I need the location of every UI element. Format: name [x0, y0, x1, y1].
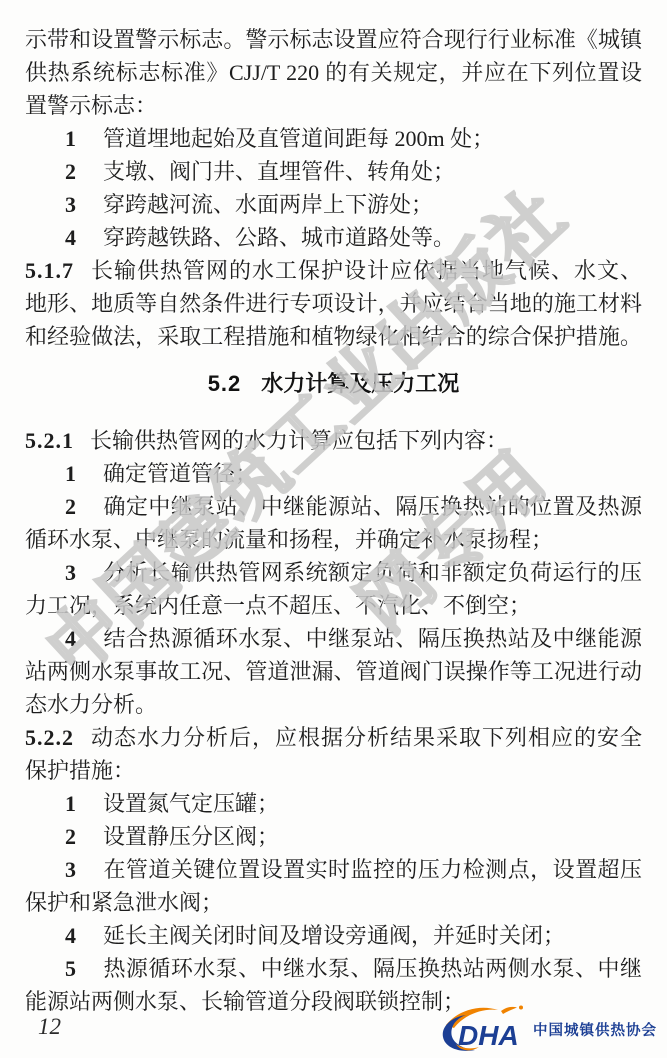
- clause-number: 5.2.1: [25, 428, 74, 453]
- dha-logo-icon: DHA: [434, 1004, 526, 1054]
- text-line: 4延长主阀关闭时间及增设旁通阀，并延时关闭；: [25, 919, 642, 952]
- text-line: 站两侧水泵事故工况、管道泄漏、管道阀门误操作等工况进行动: [25, 655, 642, 688]
- text-content: 示带和设置警示标志。警示标志设置应符合现行行业标准《城镇供热系统标志标准》CJJ…: [25, 23, 642, 1018]
- text-line: 1确定管道管径；: [25, 457, 642, 490]
- document-page: 示带和设置警示标志。警示标志设置应符合现行行业标准《城镇供热系统标志标准》CJJ…: [0, 0, 667, 1058]
- line-text: 能源站两侧水泵、长输管道分段阀联锁控制；: [25, 989, 465, 1014]
- line-text: 结合热源循环水泵、中继泵站、隔压换热站及中继能源: [103, 626, 642, 651]
- item-number: 4: [65, 622, 81, 655]
- line-text: 保护和紧急泄水阀；: [25, 890, 223, 915]
- line-text: 站两侧水泵事故工况、管道泄漏、管道阀门误操作等工况进行动: [25, 659, 642, 684]
- line-text: 穿跨越铁路、公路、城市道路处等。: [103, 225, 455, 250]
- text-line: 置警示标志：: [25, 89, 642, 122]
- line-text: 供热系统标志标准》CJJ/T 220 的有关规定，并应在下列位置设: [25, 60, 642, 85]
- text-line: 供热系统标志标准》CJJ/T 220 的有关规定，并应在下列位置设: [25, 56, 642, 89]
- line-text: 管道埋地起始及直管道间距每 200m 处；: [103, 126, 494, 151]
- clause-number: 5.2.2: [25, 725, 74, 750]
- section-number: 5.2: [208, 371, 242, 396]
- text-block-lower: 5.2.1长输供热管网的水力计算应包括下列内容：1确定管道管径；2确定中继泵站、…: [25, 424, 642, 1018]
- text-line: 地形、地质等自然条件进行专项设计，并应结合当地的施工材料: [25, 287, 642, 320]
- clause-number: 5.1.7: [25, 258, 74, 283]
- line-text: 在管道关键位置设置实时监控的压力检测点，设置超压: [103, 857, 642, 882]
- item-number: 1: [65, 122, 81, 155]
- line-text: 延长主阀关闭时间及增设旁通阀，并延时关闭；: [103, 923, 565, 948]
- text-line: 5.2.2动态水力分析后，应根据分析结果采取下列相应的安全: [25, 721, 642, 754]
- text-line: 4穿跨越铁路、公路、城市道路处等。: [25, 221, 642, 254]
- text-line: 2设置静压分区阀；: [25, 820, 642, 853]
- item-number: 5: [65, 952, 81, 985]
- line-text: 穿跨越河流、水面两岸上下游处；: [103, 192, 433, 217]
- text-line: 5热源循环水泵、中继水泵、隔压换热站两侧水泵、中继: [25, 952, 642, 985]
- text-line: 2支墩、阀门井、直埋管件、转角处；: [25, 155, 642, 188]
- line-text: 设置静压分区阀；: [103, 824, 279, 849]
- text-line: 循环水泵、中继泵的流量和扬程，并确定补水泵扬程；: [25, 523, 642, 556]
- item-number: 2: [65, 155, 81, 188]
- line-text: 示带和设置警示标志。警示标志设置应符合现行行业标准《城镇: [25, 27, 642, 52]
- text-line: 示带和设置警示标志。警示标志设置应符合现行行业标准《城镇: [25, 23, 642, 56]
- line-text: 热源循环水泵、中继水泵、隔压换热站两侧水泵、中继: [103, 956, 642, 981]
- item-number: 1: [65, 787, 81, 820]
- text-line: 力工况，系统内任意一点不超压、不汽化、不倒空；: [25, 589, 642, 622]
- text-line: 态水力分析。: [25, 688, 642, 721]
- section-heading: 5.2水力计算及压力工况: [25, 367, 642, 400]
- line-text: 保护措施：: [25, 758, 135, 783]
- line-text: 置警示标志：: [25, 93, 157, 118]
- logo-abbr: DHA: [458, 1020, 519, 1051]
- logo-org-name: 中国城镇供热协会: [533, 1019, 657, 1040]
- item-number: 1: [65, 457, 81, 490]
- line-text: 设置氮气定压罐；: [103, 791, 279, 816]
- line-text: 动态水力分析后，应根据分析结果采取下列相应的安全: [90, 725, 642, 750]
- line-text: 地形、地质等自然条件进行专项设计，并应结合当地的施工材料: [25, 291, 642, 316]
- text-line: 3在管道关键位置设置实时监控的压力检测点，设置超压: [25, 853, 642, 886]
- text-block-upper: 示带和设置警示标志。警示标志设置应符合现行行业标准《城镇供热系统标志标准》CJJ…: [25, 23, 642, 353]
- line-text: 确定中继泵站、中继能源站、隔压换热站的位置及热源: [103, 494, 642, 519]
- line-text: 和经验做法，采取工程措施和植物绿化相结合的综合保护措施。: [25, 324, 642, 349]
- text-line: 1设置氮气定压罐；: [25, 787, 642, 820]
- item-number: 3: [65, 556, 81, 589]
- text-line: 3分析长输供热管网系统额定负荷和非额定负荷运行的压: [25, 556, 642, 589]
- text-line: 2确定中继泵站、中继能源站、隔压换热站的位置及热源: [25, 490, 642, 523]
- page-number: 12: [38, 1014, 61, 1040]
- line-text: 分析长输供热管网系统额定负荷和非额定负荷运行的压: [103, 560, 642, 585]
- item-number: 2: [65, 490, 81, 523]
- line-text: 力工况，系统内任意一点不超压、不汽化、不倒空；: [25, 593, 531, 618]
- text-line: 保护和紧急泄水阀；: [25, 886, 642, 919]
- text-line: 保护措施：: [25, 754, 642, 787]
- item-number: 4: [65, 221, 81, 254]
- item-number: 3: [65, 188, 81, 221]
- association-logo: DHA 中国城镇供热协会: [434, 1004, 657, 1054]
- text-line: 和经验做法，采取工程措施和植物绿化相结合的综合保护措施。: [25, 320, 642, 353]
- line-text: 长输供热管网的水工保护设计应依据当地气候、水文、: [90, 258, 642, 283]
- text-line: 3穿跨越河流、水面两岸上下游处；: [25, 188, 642, 221]
- section-title: 水力计算及压力工况: [261, 371, 459, 396]
- text-line: 1管道埋地起始及直管道间距每 200m 处；: [25, 122, 642, 155]
- line-text: 态水力分析。: [25, 692, 157, 717]
- item-number: 2: [65, 820, 81, 853]
- item-number: 3: [65, 853, 81, 886]
- line-text: 长输供热管网的水力计算应包括下列内容：: [90, 428, 508, 453]
- text-line: 4结合热源循环水泵、中继泵站、隔压换热站及中继能源: [25, 622, 642, 655]
- line-text: 循环水泵、中继泵的流量和扬程，并确定补水泵扬程；: [25, 527, 553, 552]
- item-number: 4: [65, 919, 81, 952]
- line-text: 支墩、阀门井、直埋管件、转角处；: [103, 159, 455, 184]
- text-line: 5.2.1长输供热管网的水力计算应包括下列内容：: [25, 424, 642, 457]
- text-line: 5.1.7长输供热管网的水工保护设计应依据当地气候、水文、: [25, 254, 642, 287]
- line-text: 确定管道管径；: [103, 461, 257, 486]
